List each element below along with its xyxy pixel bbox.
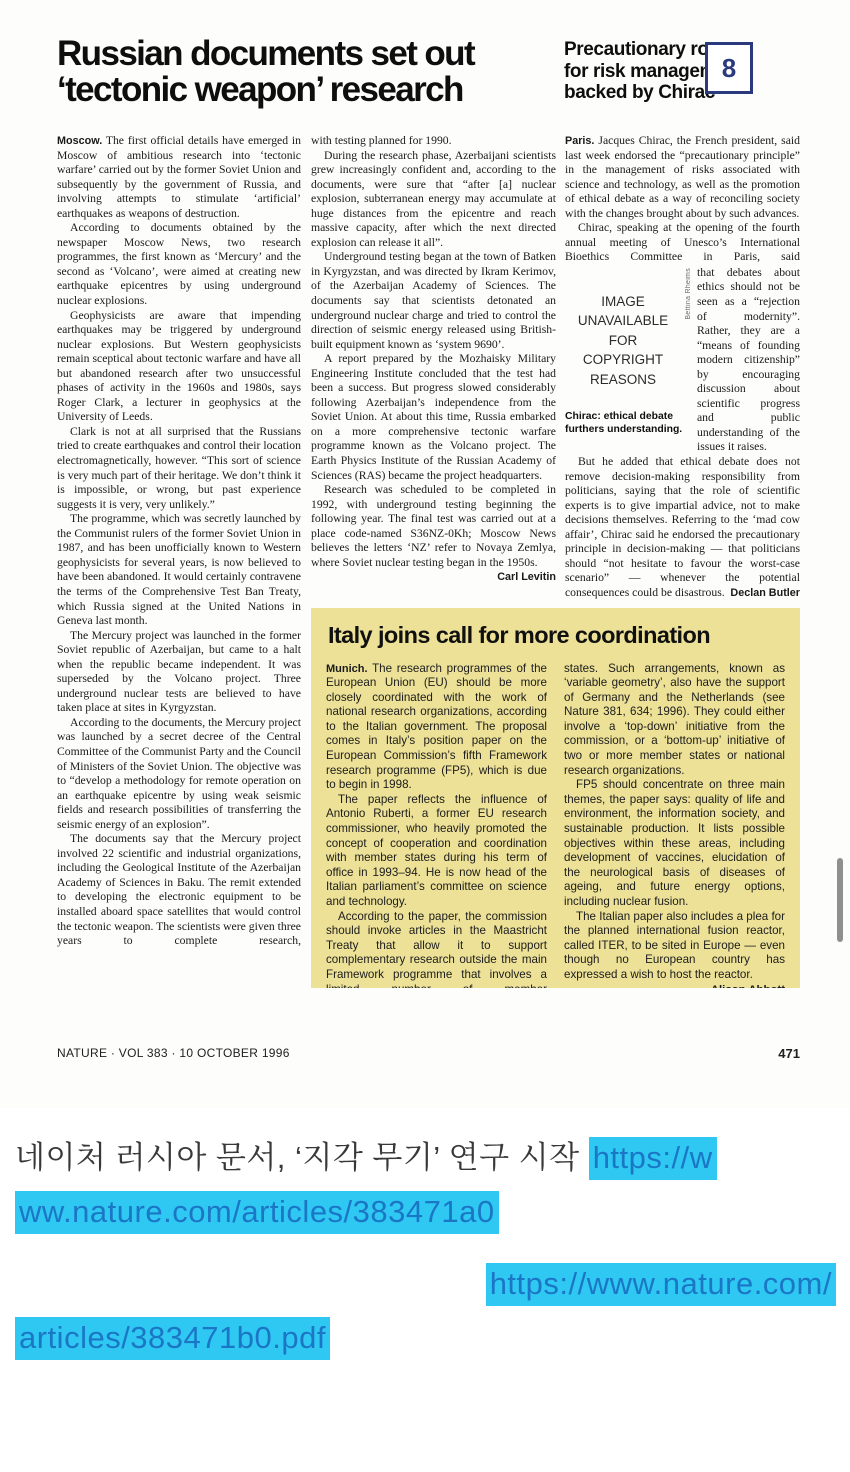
tectonic-column-1: Moscow. The first official details have … [57,134,301,988]
image-block: IMAGE UNAVAILABLE FOR COPYRIGHT REASONS … [565,266,697,455]
scrollbar-thumb[interactable] [837,858,843,942]
body-paragraph: The Italian paper also includes a plea f… [564,910,785,983]
link-383471a0-segment-1[interactable]: https://w [589,1137,717,1180]
body-paragraph: Chirac, speaking at the opening of the f… [565,221,800,265]
memo-annotation: 네이처 러시아 문서, ‘지각 무기’ 연구 시작 https://w ww.n… [0,1136,850,1370]
body-paragraph: Clark is not at all surprised that the R… [57,425,301,512]
byline-carl-levitin: Carl Levitin [497,570,556,585]
image-and-wrap-text: IMAGE UNAVAILABLE FOR COPYRIGHT REASONS … [565,266,800,455]
memo-line-4: articles/383471b0.pdf [15,1316,836,1361]
body-paragraph: According to the paper, the commission s… [326,910,547,988]
memo-line-3: https://www.nature.com/ [15,1262,836,1307]
body-paragraph: Moscow. The first official details have … [57,134,301,221]
italy-column-left: Munich. The research programmes of the E… [326,662,547,988]
main-headline: Russian documents set out ‘tectonic weap… [57,36,562,108]
body-paragraph: According to documents obtained by the n… [57,221,301,308]
link-383471b0-segment-2[interactable]: articles/383471b0.pdf [15,1317,330,1360]
body-paragraph: states. Such arrangements, known as ‘var… [564,662,785,779]
paragraph-text: The Italian paper also includes a plea f… [564,910,785,981]
dateline-moscow: Moscow. [57,135,102,147]
paragraph-text: Research was scheduled to be completed i… [311,483,556,569]
body-paragraph: Paris. Jacques Chirac, the French presid… [565,134,800,221]
body-paragraph: But he added that ethical debate does no… [565,455,800,600]
screenshot-root: Russian documents set out ‘tectonic weap… [0,0,850,1472]
journal-volume-date: NATURE · VOL 383 · 10 OCTOBER 1996 [57,1046,290,1061]
byline-alison-abbott: Alison Abbott [711,983,785,988]
paragraph-text: The research programmes of the European … [326,662,547,792]
magazine-scan-page: Russian documents set out ‘tectonic weap… [0,0,850,1108]
right-column-group: with testing planned for 1990. During th… [311,134,800,988]
headline-row: Russian documents set out ‘tectonic weap… [57,36,800,108]
chirac-column: Paris. Jacques Chirac, the French presid… [565,134,800,601]
body-paragraph: with testing planned for 1990. [311,134,556,149]
italy-headline: Italy joins call for more coordination [328,622,785,649]
image-caption: Chirac: ethical debate furthers understa… [565,410,683,436]
body-paragraph: The documents say that the Mercury proje… [57,832,301,948]
body-paragraph: Munich. The research programmes of the E… [326,662,547,793]
body-paragraph: that debates about ethics should not be … [697,266,800,455]
tectonic-column-2: with testing planned for 1990. During th… [311,134,556,601]
page-footer: NATURE · VOL 383 · 10 OCTOBER 1996 471 [57,1046,800,1061]
memo-line-1: 네이처 러시아 문서, ‘지각 무기’ 연구 시작 https://w [15,1136,836,1181]
page-number: 471 [778,1046,800,1061]
paragraph-text: Jacques Chirac, the French president, sa… [565,134,800,220]
body-paragraph: During the research phase, Azerbaijani s… [311,149,556,251]
italy-column-right: states. Such arrangements, known as ‘var… [564,662,785,988]
paragraph-text: But he added that ethical debate does no… [565,455,800,599]
body-paragraph: The programme, which was secretly launch… [57,512,301,628]
image-unavailable-placeholder: IMAGE UNAVAILABLE FOR COPYRIGHT REASONS [565,266,681,394]
body-paragraph: According to the documents, the Mercury … [57,716,301,832]
page-number-badge: 8 [705,42,753,94]
memo-line-2: ww.nature.com/articles/383471a0 [15,1190,836,1235]
photo-credit: Bettina Rheims [685,268,692,320]
body-paragraph: The paper reflects the influence of Anto… [326,793,547,910]
body-paragraph: Research was scheduled to be completed i… [311,483,556,570]
body-paragraph: Underground testing began at the town of… [311,250,556,352]
link-383471b0-segment-1[interactable]: https://www.nature.com/ [486,1263,836,1306]
dateline-munich: Munich. [326,663,368,675]
body-paragraph: FP5 should concentrate on three main the… [564,778,785,909]
italy-article-box: Italy joins call for more coordination M… [311,608,800,988]
link-383471a0-segment-2[interactable]: ww.nature.com/articles/383471a0 [15,1191,499,1234]
dateline-paris: Paris. [565,135,594,147]
article-columns: Moscow. The first official details have … [57,134,800,988]
byline-declan-butler: Declan Butler [730,586,800,601]
memo-korean-text: 네이처 러시아 문서, ‘지각 무기’ 연구 시작 [15,1140,580,1175]
body-paragraph: The Mercury project was launched in the … [57,629,301,716]
body-paragraph: A report prepared by the Mozhaisky Milit… [311,352,556,483]
body-paragraph: Geophysicists are aware that impending e… [57,309,301,425]
